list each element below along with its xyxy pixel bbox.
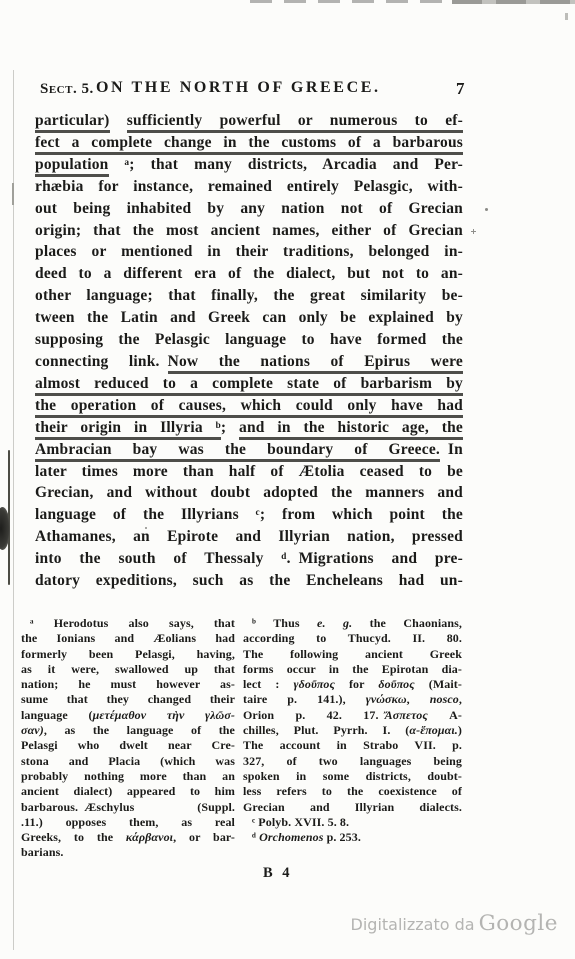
scan-right-edge-tick — [565, 13, 568, 20]
text-line: their origin in Illyria ᵇ; and in the hi… — [35, 417, 463, 439]
text-line: stona and Placia (which was — [21, 754, 235, 769]
text-line: into the south of Thessaly ᵈ. Migrations… — [35, 548, 463, 570]
text-line: particular) sufficiently powerful or num… — [35, 110, 463, 132]
running-header: Sect. 5. ON THE NORTH OF GREECE. 7 — [0, 79, 575, 99]
text-line: taire p. 141.), γνώσκω, nosco, — [243, 692, 462, 707]
text-line: origin; that the most ancient names, eit… — [35, 220, 463, 242]
google-logo-wordmark: Google — [479, 911, 558, 936]
text-line: datory expeditions, such as the Enchelea… — [35, 570, 463, 592]
text-line: Orion p. 42. 17. Ἄσπετος A- — [243, 708, 462, 723]
text-line: less refers to the coexistence of — [243, 784, 462, 799]
text-line: other language; that finally, the great … — [35, 285, 463, 307]
text-line: ᶜ Polyb. XVII. 5. 8. — [243, 815, 462, 830]
text-line: nation; he must however as- — [21, 677, 235, 692]
text-line: probably nothing more than an — [21, 769, 235, 784]
text-line: 327, of two languages being — [243, 754, 462, 769]
main-text-block: particular) sufficiently powerful or num… — [35, 110, 463, 592]
text-line: lect : γδοῦπος for δοῦπος (Mait- — [243, 677, 462, 692]
text-line: ancient dialect) appeared to him — [21, 784, 235, 799]
text-line: supposing the Pelasgic language to have … — [35, 329, 463, 351]
scan-speck — [471, 229, 476, 234]
text-line: Greeks, to the κάρβανοι, or bar- — [21, 830, 235, 845]
text-line: barians. — [21, 845, 235, 860]
scan-left-gutter-dash — [12, 183, 14, 205]
footnote-column-right: ᵇ Thus e. g. the Chaonians,according to … — [243, 616, 462, 845]
text-line: Grecian, and without doubt adopted the m… — [35, 482, 463, 504]
text-line: later times more than half of Ætolia cea… — [35, 461, 463, 483]
text-line: ᵃ Herodotus also says, that — [21, 616, 235, 631]
text-line: places or mentioned in their traditions,… — [35, 241, 463, 263]
text-line: language of the Illyrians ᶜ; from which … — [35, 504, 463, 526]
text-line: out being inhabited by any nation not of… — [35, 198, 463, 220]
scan-top-edge-dark — [452, 0, 575, 4]
page-number: 7 — [456, 79, 465, 99]
text-line: language (μετέμαθον τὴν γλῶσ- — [21, 708, 235, 723]
text-line: chilles, Plut. Pyrrh. I. (α-ἔπομαι.) — [243, 723, 462, 738]
text-line: rhæbia for instance, remained entirely P… — [35, 176, 463, 198]
text-line: connecting link. Now the nations of Epir… — [35, 351, 463, 373]
signature-mark: B 4 — [263, 865, 293, 882]
footnote-column-left: ᵃ Herodotus also says, thatthe Ionians a… — [21, 616, 235, 861]
page-title: ON THE NORTH OF GREECE. — [96, 79, 381, 97]
scan-speck — [485, 208, 488, 211]
text-line: Ambracian bay was the boundary of Greece… — [35, 439, 463, 461]
text-line: population ᵃ; that many districts, Arcad… — [35, 154, 463, 176]
text-line: Athamanes, an Epirote and Illyrian natio… — [35, 526, 463, 548]
text-line: sume that they changed their — [21, 692, 235, 707]
text-line: tween the Latin and Greek can only be ex… — [35, 307, 463, 329]
text-line: The following ancient Greek — [243, 647, 462, 662]
text-line: ᵈ Orchomenos p. 253. — [243, 830, 462, 845]
text-line: ᵇ Thus e. g. the Chaonians, — [243, 616, 462, 631]
text-line: the operation of causes, which could onl… — [35, 395, 463, 417]
section-label: Sect. 5. — [40, 81, 94, 98]
text-line: .11.) opposes them, as real — [21, 815, 235, 830]
text-line: Pelasgi who dwelt near Cre- — [21, 738, 235, 753]
text-line: forms occur in the Epirotan dia- — [243, 662, 462, 677]
text-line: fect a complete change in the customs of… — [35, 132, 463, 154]
google-watermark: Digitalizzato da Google — [351, 911, 558, 936]
text-line: formerly been Pelasgi, having, — [21, 647, 235, 662]
text-line: deed to a different era of the dialect, … — [35, 263, 463, 285]
text-line: the Ionians and Æolians had — [21, 631, 235, 646]
watermark-text: Digitalizzato da — [351, 915, 475, 934]
text-line: barbarous. Æschylus (Suppl. — [21, 800, 235, 815]
text-line: σαν), as the language of the — [21, 723, 235, 738]
text-line: Grecian and Illyrian dialects. — [243, 800, 462, 815]
text-line: almost reduced to a complete state of ba… — [35, 373, 463, 395]
text-line: according to Thucyd. II. 80. — [243, 631, 462, 646]
book-page-scan: Sect. 5. ON THE NORTH OF GREECE. 7 parti… — [0, 0, 575, 959]
text-line: as it were, swallowed up that — [21, 662, 235, 677]
text-line: spoken in some districts, doubt- — [243, 769, 462, 784]
text-line: The account in Strabo VII. p. — [243, 738, 462, 753]
